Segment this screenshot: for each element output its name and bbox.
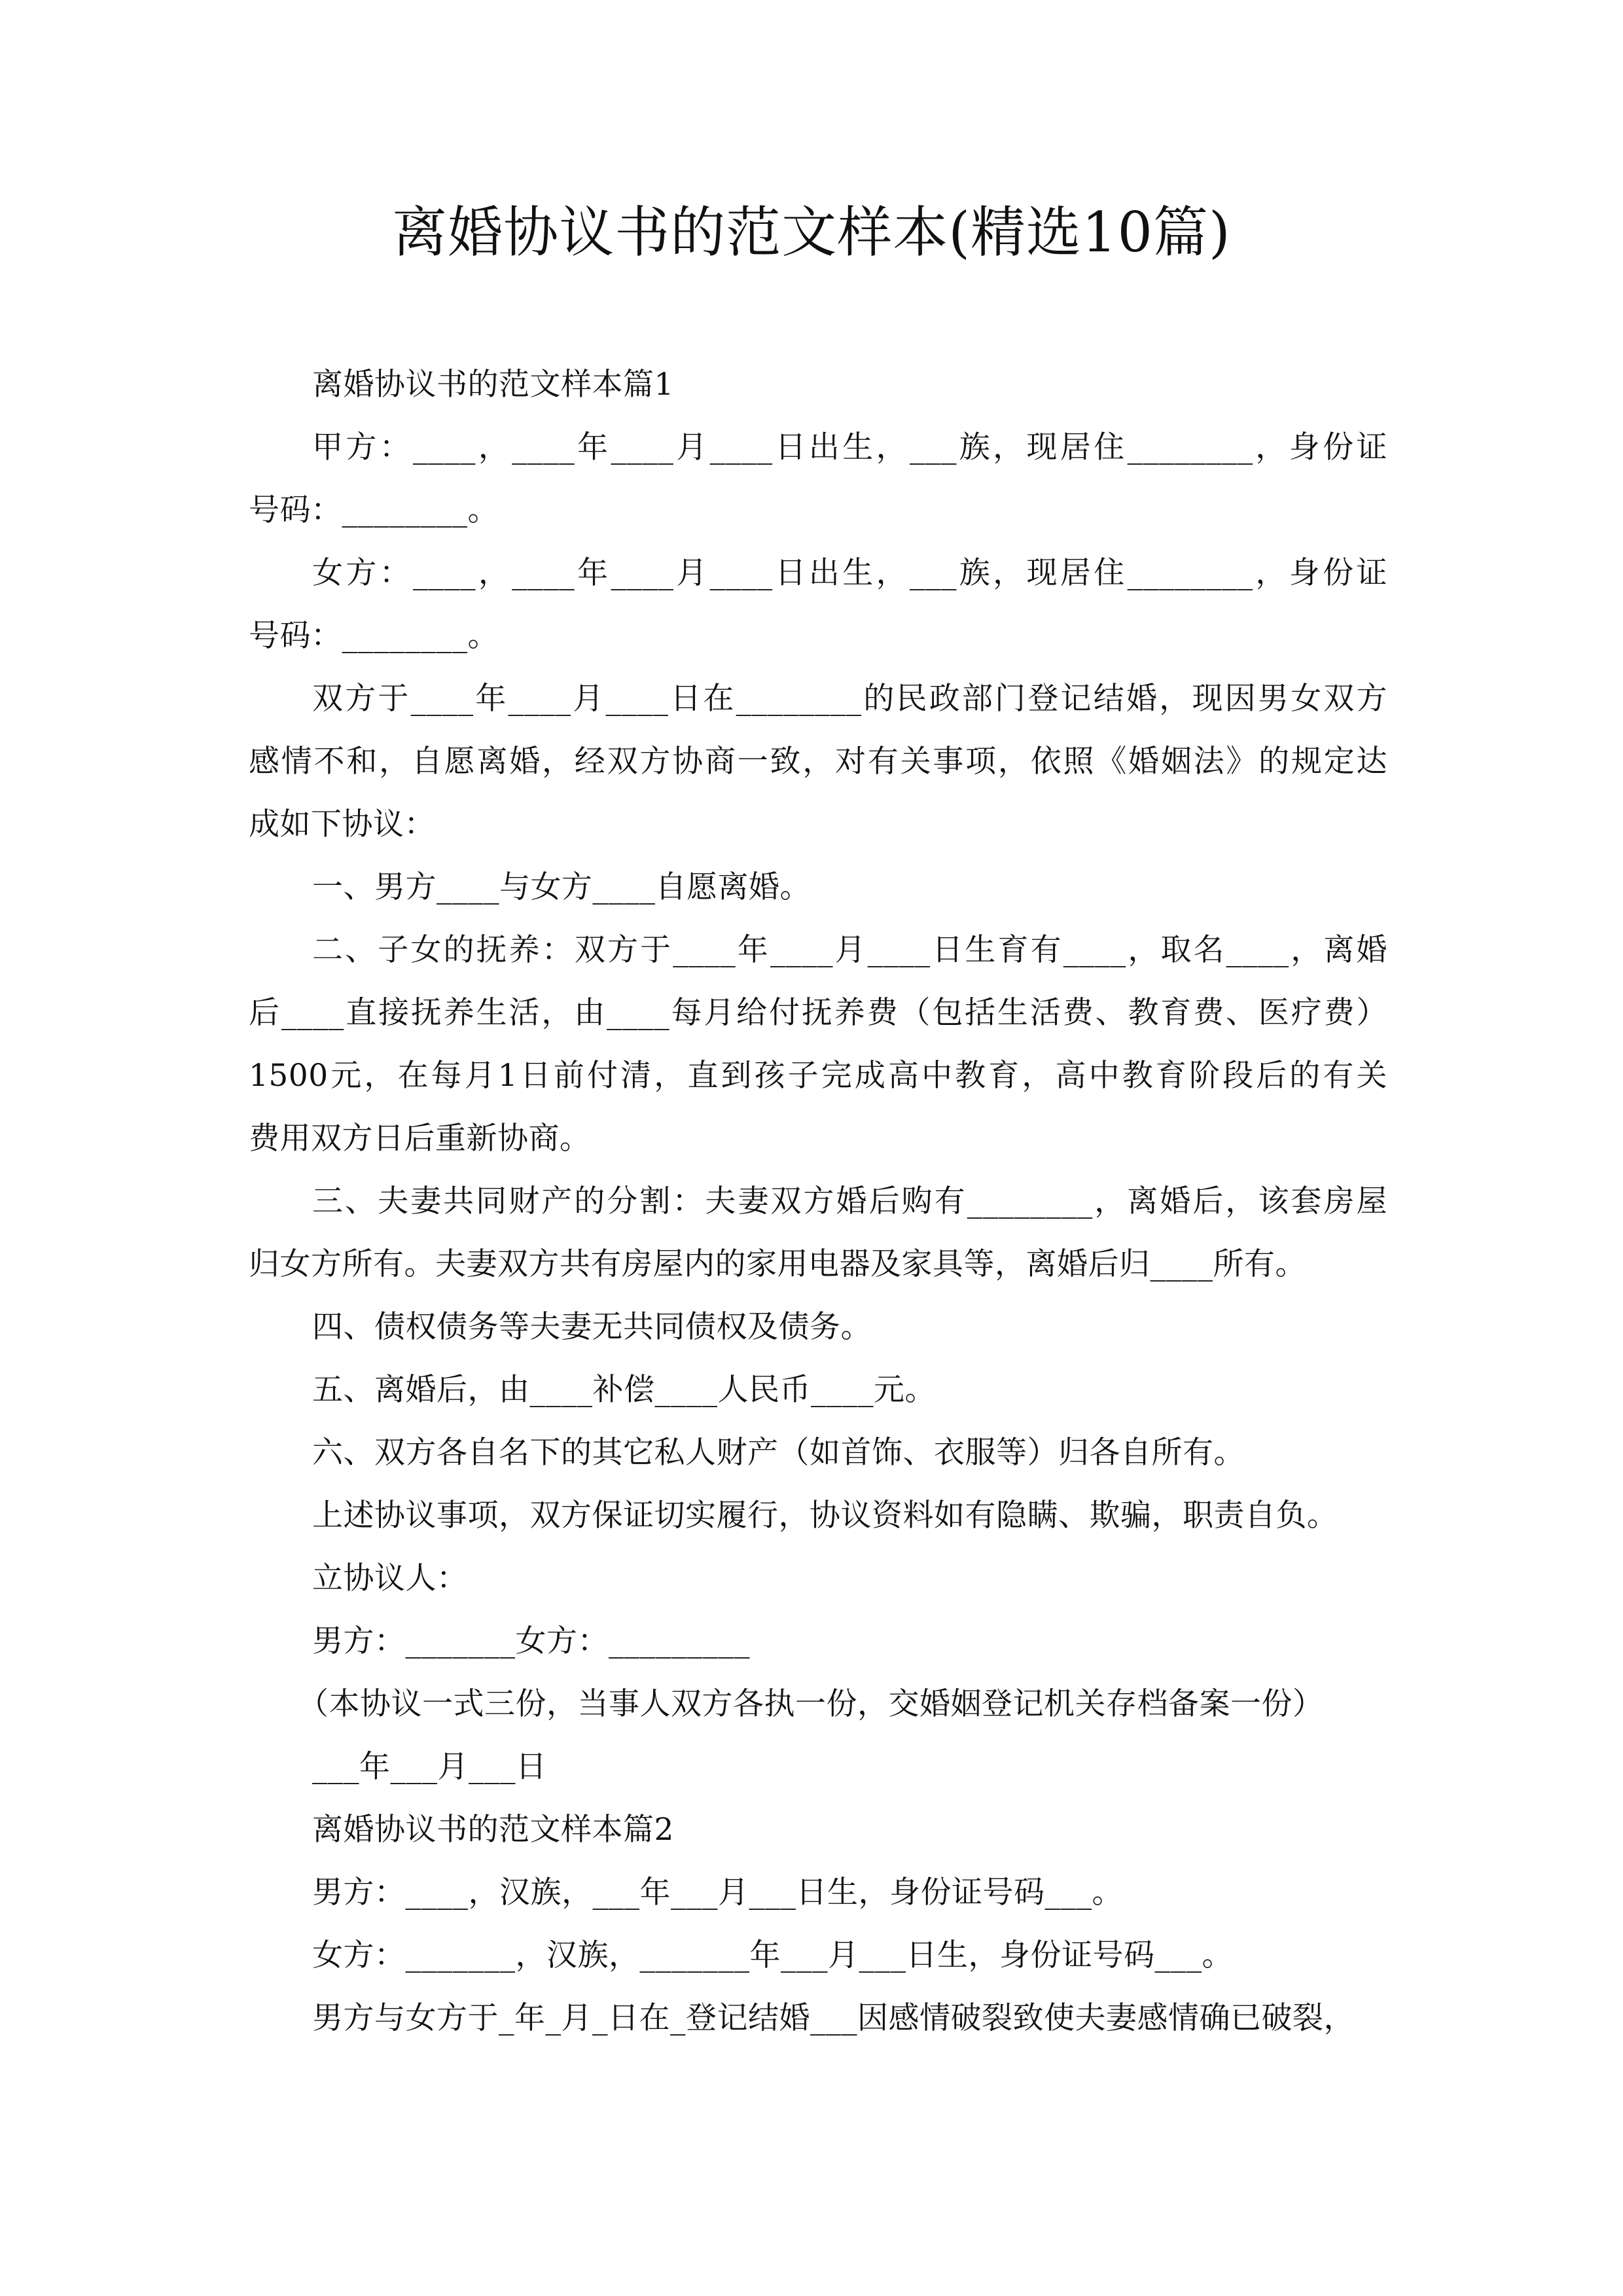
paragraph-line: 成如下协议： xyxy=(249,793,435,856)
copies-note: （本协议一式三份，当事人双方各执一份，交婚姻登记机关存档备案一份） xyxy=(298,1673,1324,1736)
paragraph-line: 女方：____，____年____月____日出生，___族，现居住______… xyxy=(312,542,1387,605)
paragraph-line: 双方于____年____月____日在________的民政部门登记结婚，现因男… xyxy=(312,668,1387,730)
paragraph-line: 甲方：____，____年____月____日出生，___族，现居住______… xyxy=(312,416,1387,479)
agreement-statement: 上述协议事项，双方保证切实履行，协议资料如有隐瞒、欺骗，职责自负。 xyxy=(312,1484,1338,1547)
clause-4: 四、债权债务等夫妻无共同债权及债务。 xyxy=(312,1296,872,1359)
clause-1: 一、男方____与女方____自愿离婚。 xyxy=(312,856,811,919)
paragraph-line: 费用双方日后重新协商。 xyxy=(249,1107,591,1170)
clause-3: 三、夫妻共同财产的分割：夫妻双方婚后购有________，离婚后，该套房屋 xyxy=(312,1170,1387,1233)
date-line: ___年___月___日 xyxy=(312,1736,547,1799)
paragraph-line: 男方：____，汉族，___年___月___日生，身份证号码___。 xyxy=(312,1861,1123,1924)
section-heading: 离婚协议书的范文样本篇1 xyxy=(312,353,674,416)
paragraph-line: 后____直接抚养生活，由____每月给付抚养费（包括生活费、教育费、医疗费） xyxy=(249,982,1387,1045)
document-title: 离婚协议书的范文样本(精选10篇) xyxy=(0,196,1623,268)
paragraph-line: 1500元，在每月1日前付清，直到孩子完成高中教育，高中教育阶段后的有关 xyxy=(249,1045,1387,1107)
section-heading: 离婚协议书的范文样本篇2 xyxy=(312,1799,674,1861)
paragraph-line: 号码：________。 xyxy=(249,479,499,542)
clause-2: 二、子女的抚养：双方于____年____月____日生育有____，取名____… xyxy=(312,919,1387,982)
clause-5: 五、离婚后，由____补偿____人民币____元。 xyxy=(312,1359,936,1422)
paragraph-line: 男方与女方于_年_月_日在_登记结婚___因感情破裂致使夫妻感情确已破裂， xyxy=(312,1987,1355,2050)
signature-line: 男方：_______女方：_________ xyxy=(312,1610,750,1673)
paragraph-line: 女方：_______，汉族，_______年___月___日生，身份证号码___… xyxy=(312,1924,1233,1987)
signatories-label: 立协议人： xyxy=(312,1547,468,1610)
paragraph-line: 号码：________。 xyxy=(249,605,499,668)
clause-6: 六、双方各自名下的其它私人财产（如首饰、衣服等）归各自所有。 xyxy=(312,1422,1245,1484)
document-page: 离婚协议书的范文样本(精选10篇) 离婚协议书的范文样本篇1 甲方：____，_… xyxy=(0,0,1623,2296)
paragraph-line: 归女方所有。夫妻双方共有房屋内的家用电器及家具等，离婚后归____所有。 xyxy=(249,1233,1306,1296)
paragraph-line: 感情不和，自愿离婚，经双方协商一致，对有关事项，依照《婚姻法》的规定达 xyxy=(249,730,1387,793)
